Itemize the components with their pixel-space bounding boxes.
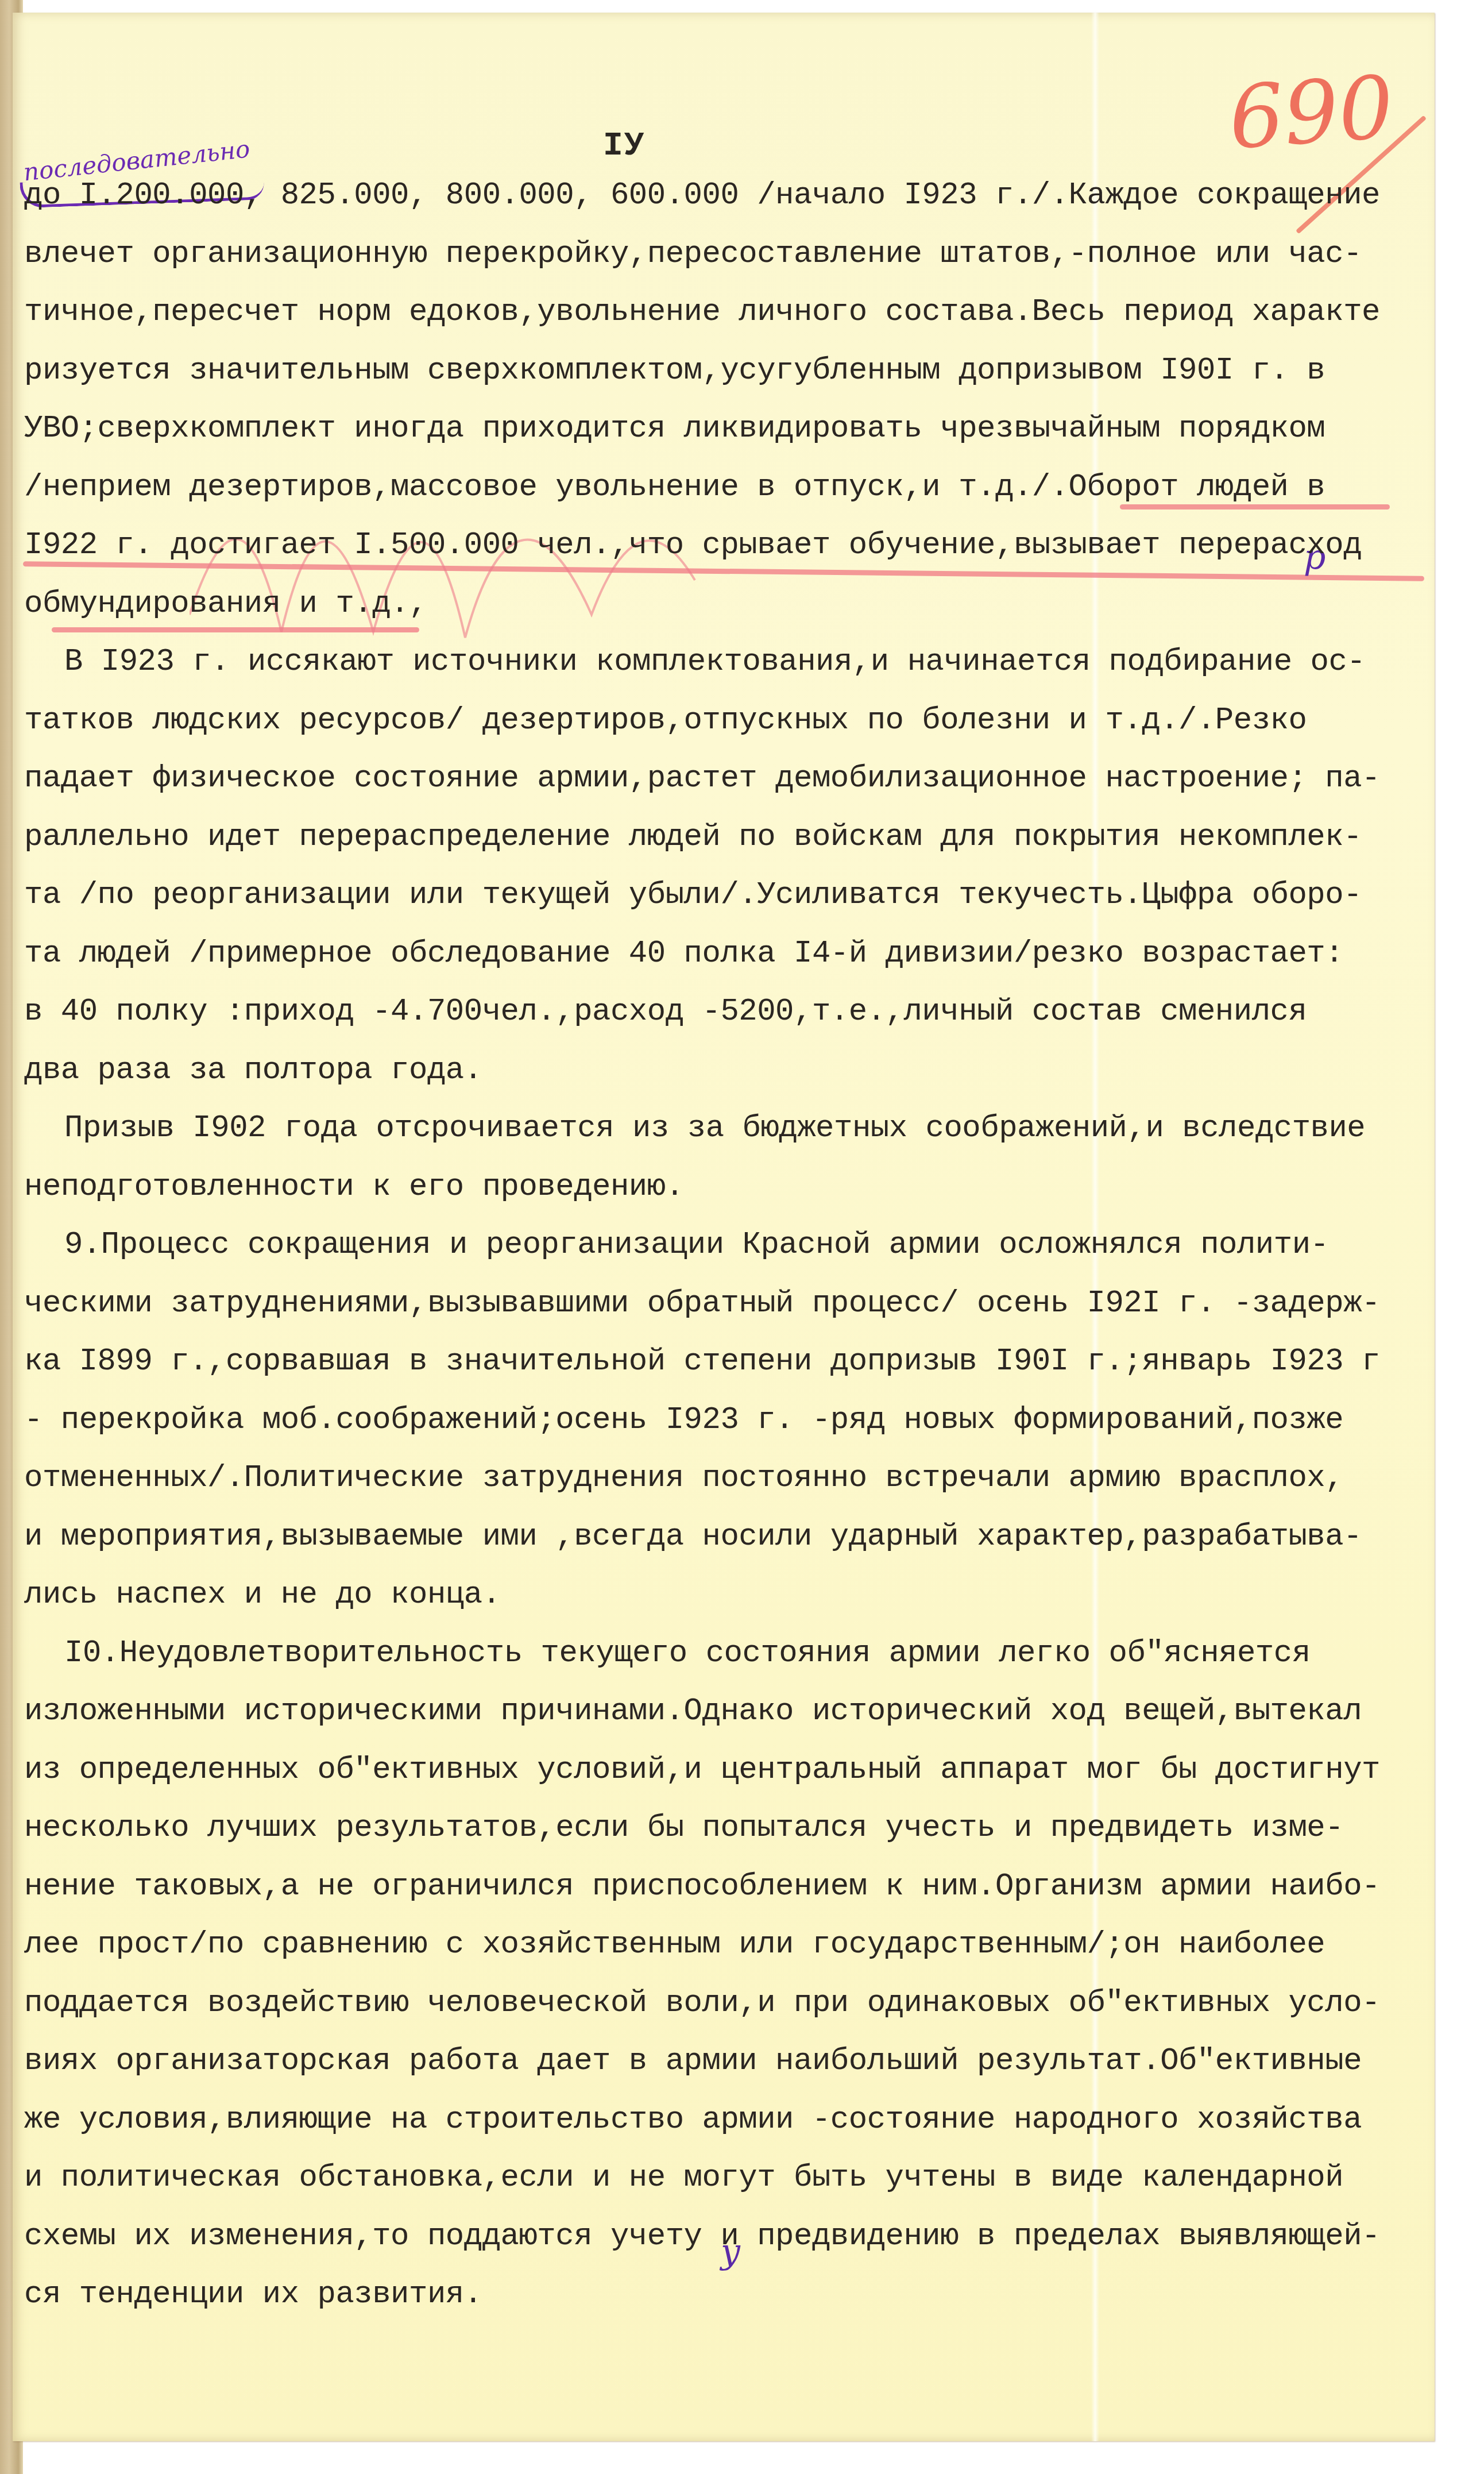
text-line: в 40 полку :приход -4.700чел.,расход -52… (24, 983, 1460, 1041)
text-line: до I.200.000, 825.000, 800.000, 600.000 … (24, 167, 1460, 225)
text-line: и политическая обстановка,если и не могу… (24, 2149, 1460, 2207)
text-line: падает физическое состояние армии,растет… (24, 750, 1460, 808)
text-line: схемы их изменения,то поддаются учету и … (24, 2207, 1460, 2266)
text-line: татков людских ресурсов/ дезертиров,отпу… (24, 692, 1460, 750)
page-heading: IУ (603, 128, 646, 165)
text-line: отмененных/.Политические затруднения пос… (24, 1449, 1460, 1508)
text-line: /неприем дезертиров,массовое увольнение … (24, 458, 1460, 517)
text-line: ка I899 г.,сорвавшая в значительной степ… (24, 1333, 1460, 1391)
text-line: I0.Неудовлетворительность текущего состо… (24, 1624, 1460, 1683)
text-line: - перекройка моб.соображений;осень I923 … (24, 1391, 1460, 1450)
text-line: два раза за полтора года. (24, 1041, 1460, 1100)
text-line: обмундирования и т.д., (24, 575, 1460, 634)
text-line: I922 г. достигает I.500.000 чел.,что сры… (24, 516, 1460, 575)
text-line: тичное,пересчет норм едоков,увольнение л… (24, 283, 1460, 342)
text-line: УВО;сверхкомплект иногда приходится ликв… (24, 400, 1460, 458)
text-line: ся тенденции их развития. (24, 2265, 1460, 2324)
text-line: та людей /примерное обследование 40 полк… (24, 925, 1460, 983)
text-line: виях организаторская работа дает в армии… (24, 2032, 1460, 2091)
text-line: влечет организационную перекройку,пересо… (24, 225, 1460, 284)
text-line: поддается воздействию человеческой воли,… (24, 1974, 1460, 2033)
text-line: неподготовленности к его проведению. (24, 1158, 1460, 1217)
text-line: Призыв I902 года отсрочивается из за бюд… (24, 1099, 1460, 1158)
typed-text-body: до I.200.000, 825.000, 800.000, 600.000 … (24, 167, 1460, 2324)
text-line: и мероприятия,вызываемые ими ,всегда нос… (24, 1508, 1460, 1566)
folio-number: 690 (1226, 57, 1397, 169)
text-line: лись наспех и не до конца. (24, 1566, 1460, 1624)
text-line: 9.Процесс сокращения и реорганизации Кра… (24, 1216, 1460, 1275)
text-line: В I923 г. иссякают источники комплектова… (24, 633, 1460, 692)
text-line: ческими затруднениями,вызывавшими обратн… (24, 1275, 1460, 1333)
text-line: несколько лучших результатов,если бы поп… (24, 1799, 1460, 1858)
text-line: та /по реорганизации или текущей убыли/.… (24, 866, 1460, 925)
text-line: из определенных об"ективных условий,и це… (24, 1741, 1460, 1800)
text-line: ризуется значительным сверхкомплектом,ус… (24, 342, 1460, 400)
text-line: же условия,влияющие на строительство арм… (24, 2091, 1460, 2149)
text-line: изложенными историческими причинами.Одна… (24, 1682, 1460, 1741)
text-line: нение таковых,а не ограничился приспособ… (24, 1858, 1460, 1916)
text-line: раллельно идет перераспределение людей п… (24, 808, 1460, 867)
text-line: лее прост/по сравнению с хозяйственным и… (24, 1916, 1460, 1974)
